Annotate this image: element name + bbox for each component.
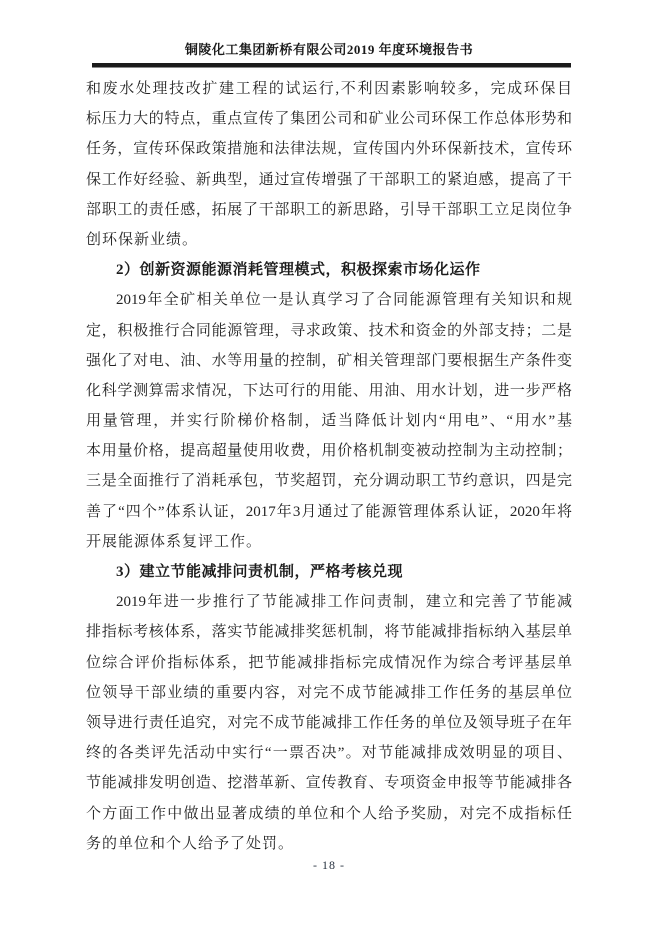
text-line: 善了“四个”体系认证，2017年3月通过了能源管理体系认证，2020年将 [86, 497, 572, 527]
text-line: 化科学测算需求情况，下达可行的用能、用油、用水计划，进一步严格 [86, 376, 572, 406]
text-line: 三是全面推行了消耗承包，节奖超罚，充分调动职工节约意识，四是完 [86, 466, 572, 496]
text-line: 定，积极推行合同能源管理，寻求政策、技术和资金的外部支持；二是 [86, 316, 572, 346]
text-line: 用量管理，并实行阶梯价格制，适当降低计划内“用电”、“用水”基 [86, 406, 572, 436]
document-body: 和废水处理技改扩建工程的试运行,不利因素影响较多，完成环保目 标压力大的特点，重… [86, 74, 572, 859]
text-line: 排指标考核体系，落实节能减排奖惩机制，将节能减排指标纳入基层单 [86, 617, 572, 647]
text-line: 和废水处理技改扩建工程的试运行,不利因素影响较多，完成环保目 [86, 74, 572, 104]
section-heading: 3）建立节能减排问责机制，严格考核兑现 [86, 557, 572, 587]
text-line: 标压力大的特点，重点宣传了集团公司和矿业公司环保工作总体形势和 [86, 104, 572, 134]
text-line: 位领导干部业绩的重要内容，对完不成节能减排工作任务的基层单位 [86, 678, 572, 708]
text-line: 位综合评价指标体系，把节能减排指标完成情况作为综合考评基层单 [86, 648, 572, 678]
text-line: 终的各类评先活动中实行“一票否决”。对节能减排成效明显的项目、 [86, 738, 572, 768]
text-line: 创环保新业绩。 [86, 225, 572, 255]
text-line: 部职工的责任感，拓展了干部职工的新思路，引导干部职工立足岗位争 [86, 195, 572, 225]
text-line: 本用量价格，提高超量使用收费，用价格机制变被动控制为主动控制； [86, 436, 572, 466]
text-line: 2019年进一步推行了节能减排工作问责制，建立和完善了节能减 [86, 587, 572, 617]
text-line: 任务，宣传环保政策措施和法律法规，宣传国内外环保新技术，宣传环 [86, 134, 572, 164]
text-line: 强化了对电、油、水等用量的控制，矿相关管理部门要根据生产条件变 [86, 346, 572, 376]
text-line: 务的单位和个人给予了处罚。 [86, 829, 572, 859]
header-rule [92, 63, 571, 68]
text-line: 2019年全矿相关单位一是认真学习了合同能源管理有关知识和规 [86, 285, 572, 315]
text-line: 个方面工作中做出显著成绩的单位和个人给予奖励，对完不成指标任 [86, 799, 572, 829]
section-heading: 2）创新资源能源消耗管理模式，积极探索市场化运作 [86, 255, 572, 285]
text-line: 节能减排发明创造、挖潜革新、宣传教育、专项资金申报等节能减排各 [86, 768, 572, 798]
document-page: 铜陵化工集团新桥有限公司2019 年度环境报告书 和废水处理技改扩建工程的试运行… [0, 0, 658, 931]
text-line: 保工作好经验、新典型，通过宣传增强了干部职工的紧迫感，提高了干 [86, 165, 572, 195]
text-line: 领导进行责任追究，对完不成节能减排工作任务的单位及领导班子在年 [86, 708, 572, 738]
page-number: - 18 - [0, 858, 658, 873]
running-header-title: 铜陵化工集团新桥有限公司2019 年度环境报告书 [0, 39, 658, 58]
text-line: 开展能源体系复评工作。 [86, 527, 572, 557]
